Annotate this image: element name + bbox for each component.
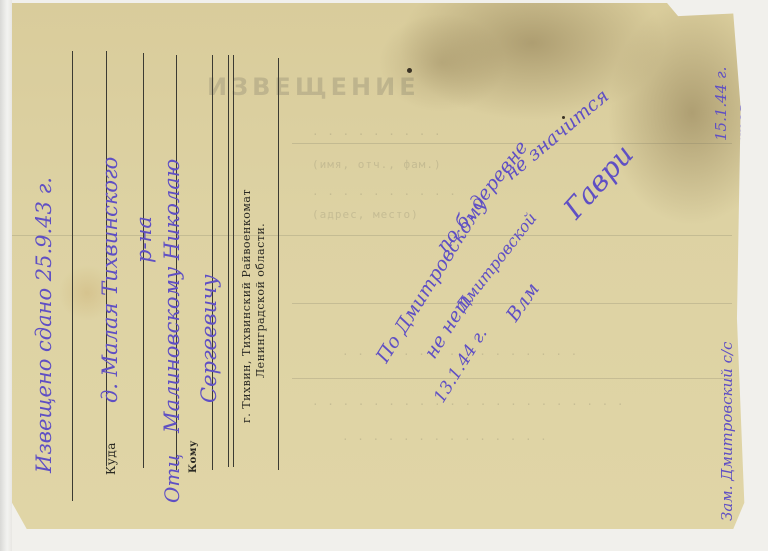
bleed-through-text: (адрес, место) bbox=[312, 208, 419, 221]
notice-card: ИЗВЕЩЕНИЕ · · · · · · · · · (имя, отч., … bbox=[12, 3, 748, 529]
sender-double-rule bbox=[228, 55, 234, 467]
handwritten-address-line-2: р-на bbox=[132, 216, 156, 263]
handwritten-right-date: 15.1.44 г. bbox=[712, 67, 730, 141]
scan-edge bbox=[0, 0, 12, 551]
sender-address-line-1: г. Тихвин, Тихвинский Райвоенкомат bbox=[240, 189, 253, 423]
bleed-through-text: · · · · · · · · · · · · · · bbox=[342, 433, 548, 446]
ink-speck bbox=[562, 116, 565, 119]
handwritten-delivery-note: Извещено сдано 25.9.43 г. bbox=[32, 177, 56, 473]
handwritten-recipient-prefix: Отц bbox=[160, 454, 184, 503]
ink-speck bbox=[407, 68, 412, 73]
handwritten-right-note-1: Зам. Дмитровский с/с bbox=[718, 342, 736, 521]
bleed-through-text: · · · · · · · · · · · · · · · · · · · · … bbox=[312, 398, 625, 411]
faded-title: ИЗВЕЩЕНИЕ bbox=[207, 73, 420, 101]
bleed-through-text: · · · · · · · · · bbox=[312, 128, 442, 141]
faint-line bbox=[292, 378, 732, 379]
bleed-through-text: (имя, отч., фам.) bbox=[312, 158, 442, 171]
sender-address-line-2: Ленинградской области. bbox=[254, 223, 267, 378]
recipient-rule bbox=[212, 55, 213, 470]
address-rule bbox=[72, 51, 73, 501]
handwritten-right-note-2: не проживает и не значится bbox=[734, 104, 752, 345]
bleed-through-text: · · · · · · · · · · bbox=[312, 188, 457, 201]
handwritten-recipient-line-2: Сергеевичу bbox=[197, 275, 221, 403]
where-label: Куда bbox=[104, 442, 118, 475]
sender-rule bbox=[278, 58, 279, 470]
handwritten-upper-signature: Гаври bbox=[557, 138, 640, 225]
handwritten-recipient-line-1: Малиновскому Николаю bbox=[160, 159, 184, 433]
handwritten-address-line-1: д. Малая Тихвинского bbox=[98, 157, 122, 403]
to-whom-label: Кому bbox=[188, 440, 199, 473]
